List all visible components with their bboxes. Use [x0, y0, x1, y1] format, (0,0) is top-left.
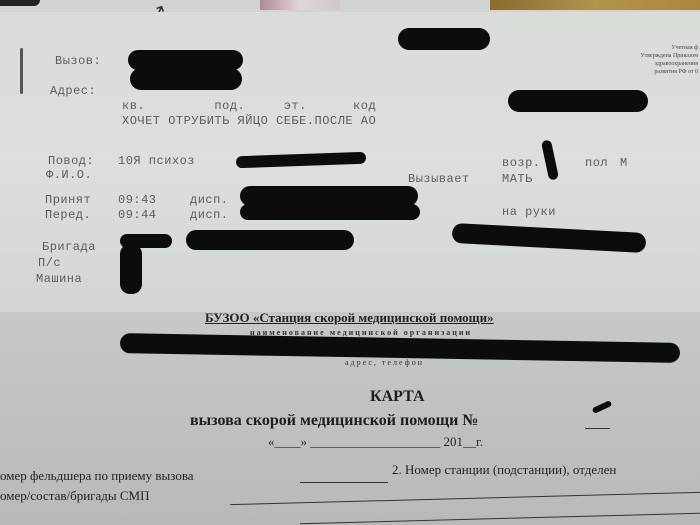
call-card-form: БУЗОО «Станция скорой медицинской помощи…: [0, 300, 700, 525]
redaction-mark: [236, 152, 366, 169]
number-field-line: [585, 428, 610, 429]
date-line: «____» ____________________ 201__г.: [268, 434, 483, 450]
fio-label: Ф.И.О.: [46, 168, 92, 182]
accepted-label: Принят: [45, 193, 91, 207]
field-brigade-composition: омер/состав/бригады СМП: [0, 488, 149, 504]
transferred-disp-label: дисп.: [190, 208, 229, 222]
photo-background-top: [0, 0, 700, 12]
card-subtitle: вызова скорой медицинской помощи №: [190, 412, 478, 430]
background-table: [490, 0, 700, 10]
field-dispatcher-number: омер фельдшера по приему вызова: [0, 468, 194, 484]
approval-line: развития РФ от 0: [578, 68, 698, 76]
redaction-mark: [128, 50, 243, 70]
redaction-mark: [130, 68, 242, 90]
transferred-label: Перед.: [45, 208, 91, 222]
reason-label: Повод:: [48, 154, 94, 168]
complaint-text: ХОЧЕТ ОТРУБИТЬ ЯЙЦО СЕБЕ.ПОСЛЕ АО: [122, 114, 376, 128]
caller-label: Вызывает: [408, 172, 470, 186]
redaction-mark: [240, 186, 418, 206]
field-station-number: 2. Номер станции (подстанции), отделен: [392, 462, 616, 478]
address-caption: адрес, телефон: [345, 358, 424, 367]
redaction-mark: [398, 28, 490, 50]
approval-line: здравоохранения: [578, 60, 698, 68]
printed-call-slip: Вызов: Адрес: кв. под. эт. код ХОЧЕТ ОТР…: [0, 12, 700, 312]
accepted-disp-label: дисп.: [190, 193, 229, 207]
approval-line: Учетная ф: [578, 44, 698, 52]
caller-value: МАТЬ: [502, 172, 533, 186]
field-line: [300, 513, 700, 524]
accepted-time: 09:43: [118, 193, 157, 207]
age-label: возр.: [502, 156, 541, 170]
background-object: [260, 0, 340, 10]
redaction-mark: [541, 139, 559, 180]
car-label: Машина: [36, 272, 82, 286]
field-line: [300, 482, 388, 483]
redaction-mark: [186, 230, 354, 250]
address-parts: кв. под. эт. код: [122, 99, 376, 113]
redaction-mark: [240, 204, 420, 220]
transferred-time: 09:44: [118, 208, 157, 222]
handover-text: на руки: [502, 205, 556, 219]
sex-value: М: [620, 156, 628, 170]
margin-bar: [20, 48, 23, 94]
card-title: КАРТА: [370, 388, 425, 406]
redaction-mark: [452, 223, 647, 253]
call-label: Вызов:: [55, 54, 101, 68]
field-line: [230, 492, 700, 505]
redaction-mark: [508, 90, 648, 112]
ps-label: П/с: [38, 256, 61, 270]
brigade-label: Бригада: [42, 240, 96, 254]
sex-label: пол: [585, 156, 608, 170]
approval-line: Утверждена Приказом: [578, 52, 698, 60]
reason-value: 10Я психоз: [118, 154, 195, 168]
address-label: Адрес:: [50, 84, 96, 98]
form-approval-note: Учетная ф Утверждена Приказом здравоохра…: [578, 44, 698, 76]
redaction-mark: [120, 244, 142, 294]
organization-name: БУЗОО «Станция скорой медицинской помощи…: [205, 310, 494, 326]
background-object: [0, 0, 40, 6]
redaction-mark: [592, 400, 613, 414]
